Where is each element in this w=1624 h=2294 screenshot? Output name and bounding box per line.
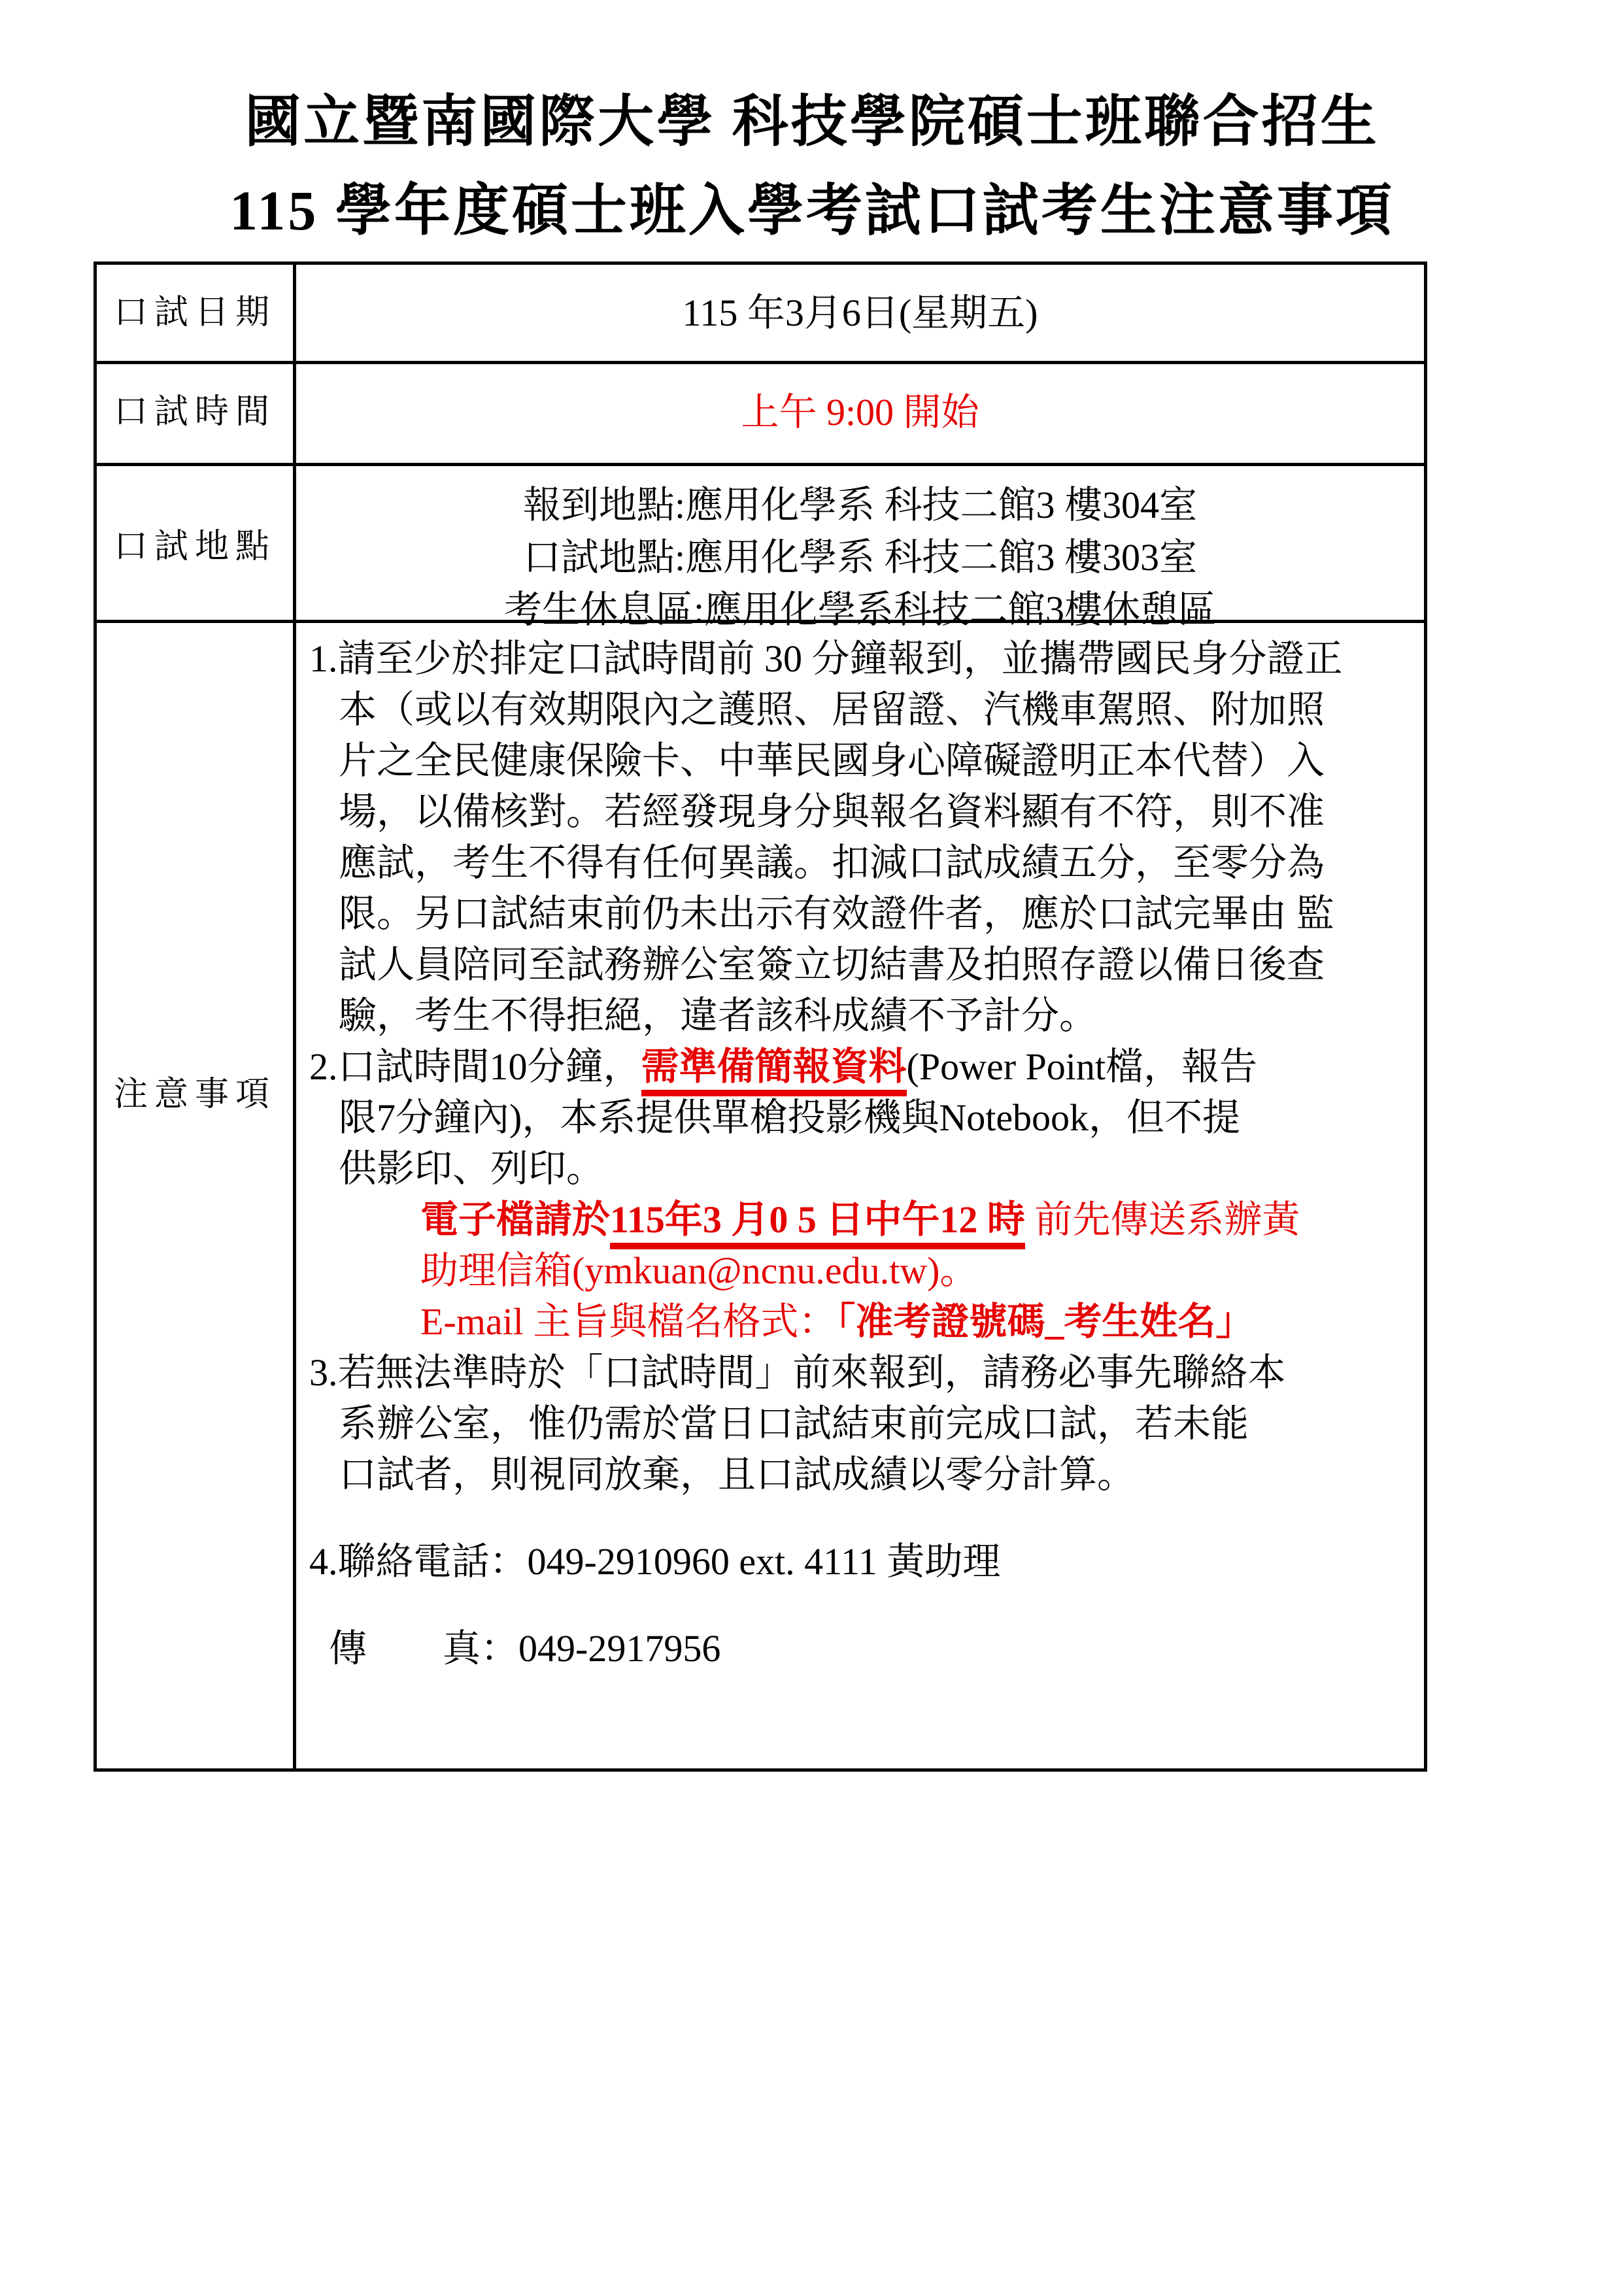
note-line: 片之全民健康保險卡、中華民國身心障礙證明正本代替）入 [309, 735, 1417, 786]
exam-time-label: 口試時間 [97, 364, 296, 463]
note-line: 本（或以有效期限內之護照、居留證、汽機車駕照、附加照 [309, 684, 1417, 735]
note-segment: 口試者，則視同放棄，且口試成績以零分計算。 [339, 1453, 1135, 1496]
title-line-1: 國立暨南國際大學 科技學院碩士班聯合招生 [0, 77, 1624, 166]
interview-location-line: 口試地點:應用化學系 科技二館3 樓303室 [296, 531, 1424, 584]
note-line: 口試者，則視同放棄，且口試成績以零分計算。 [309, 1449, 1417, 1500]
note-segment-red: 前先傳送系辦黃 [1025, 1198, 1300, 1241]
document-page: 國立暨南國際大學 科技學院碩士班聯合招生 115 學年度碩士班入學考試口試考生注… [0, 0, 1624, 2294]
note-segment-rub: 需準備簡報資料 [641, 1045, 907, 1096]
note-line: 系辦公室，惟仍需於當日口試結束前完成口試，若未能 [309, 1398, 1417, 1449]
exam-date-value: 115 年3月6日(星期五) [296, 265, 1424, 361]
note-line: 傳 真：049-2917956 [309, 1623, 1417, 1674]
notes-lines: 1.請至少於排定口試時間前 30 分鐘報到，並攜帶國民身分證正本（或以有效期限內… [296, 623, 1424, 1768]
note-segment: 場，以備核對。若經發現身分與報名資料顯有不符，則不准 [339, 790, 1325, 833]
note-line: 應試，考生不得有任何異議。扣減口試成績五分，至零分為 [309, 837, 1417, 888]
note-line: 3.若無法準時於「口試時間」前來報到，請務必事先聯絡本 [309, 1347, 1417, 1398]
table-row-exam-location: 口試地點 報到地點:應用化學系 科技二館3 樓304室 口試地點:應用化學系 科… [97, 466, 1424, 623]
exam-location-value: 報到地點:應用化學系 科技二館3 樓304室 口試地點:應用化學系 科技二館3 … [296, 466, 1424, 620]
note-line: 驗，考生不得拒絕，違者該科成績不予計分。 [309, 990, 1417, 1041]
note-line: 試人員陪同至試務辦公室簽立切結書及拍照存證以備日後查 [309, 939, 1417, 990]
note-segment: 4.聯絡電話：049-2910960 ext. 4111 黃助理 [309, 1540, 1000, 1583]
note-segment: 1.請至少於排定口試時間前 30 分鐘報到，並攜帶國民身分證正 [309, 637, 1343, 680]
note-segment: 應試，考生不得有任何異議。扣減口試成績五分，至零分為 [339, 841, 1325, 884]
title-line-2: 115 學年度碩士班入學考試口試考生注意事項 [0, 166, 1624, 255]
note-segment: 驗，考生不得拒絕，違者該科成績不予計分。 [339, 994, 1097, 1037]
note-line: 電子檔請於115年3 月0 5 日中午12 時 前先傳送系辦黃 [309, 1194, 1417, 1245]
note-segment-redb: 「准考證號碼_考生姓名」 [836, 1300, 1253, 1343]
note-segment: 限。另口試結束前仍未出示有效證件者，應於口試完畢由 監 [339, 892, 1334, 935]
notes-label: 注意事項 [97, 623, 296, 1768]
note-segment-redb: 電子檔請於 [420, 1198, 610, 1241]
note-segment: 限7分鐘內)，本系提供單槍投影機與Notebook，但不提 [339, 1096, 1240, 1139]
note-line: 4.聯絡電話：049-2910960 ext. 4111 黃助理 [309, 1536, 1417, 1587]
document-title: 國立暨南國際大學 科技學院碩士班聯合招生 115 學年度碩士班入學考試口試考生注… [0, 77, 1624, 255]
note-line: 限7分鐘內)，本系提供單槍投影機與Notebook，但不提 [309, 1092, 1417, 1143]
note-line: 1.請至少於排定口試時間前 30 分鐘報到，並攜帶國民身分證正 [309, 633, 1417, 684]
note-line: 限。另口試結束前仍未出示有效證件者，應於口試完畢由 監 [309, 888, 1417, 939]
note-segment-rub: 115年3 月0 5 日中午12 時 [610, 1198, 1025, 1249]
table-row-notes: 注意事項 1.請至少於排定口試時間前 30 分鐘報到，並攜帶國民身分證正本（或以… [97, 623, 1424, 1768]
note-segment: 系辦公室，惟仍需於當日口試結束前完成口試，若未能 [339, 1402, 1249, 1445]
checkin-location-line: 報到地點:應用化學系 科技二館3 樓304室 [296, 479, 1424, 531]
note-segment-red: E-mail 主旨與檔名格式： [420, 1300, 836, 1343]
note-line: 場，以備核對。若經發現身分與報名資料顯有不符，則不准 [309, 786, 1417, 837]
note-segment: 試人員陪同至試務辦公室簽立切結書及拍照存證以備日後查 [339, 943, 1325, 986]
note-segment: (Power Point檔，報告 [907, 1045, 1258, 1088]
exam-location-label: 口試地點 [97, 466, 296, 620]
notice-table: 口試日期 115 年3月6日(星期五) 口試時間 上午 9:00 開始 口試地點… [93, 261, 1427, 1772]
note-segment: 傳 真：049-2917956 [329, 1627, 720, 1670]
note-line: E-mail 主旨與檔名格式：「准考證號碼_考生姓名」 [309, 1296, 1417, 1347]
note-segment: 本（或以有效期限內之護照、居留證、汽機車駕照、附加照 [339, 688, 1325, 731]
exam-time-value: 上午 9:00 開始 [296, 364, 1424, 463]
note-line: 2.口試時間10分鐘，需準備簡報資料(Power Point檔，報告 [309, 1041, 1417, 1092]
table-row-exam-time: 口試時間 上午 9:00 開始 [97, 364, 1424, 466]
note-line: 助理信箱(ymkuan@ncnu.edu.tw)。 [309, 1245, 1417, 1296]
note-segment: 2.口試時間10分鐘， [309, 1045, 641, 1088]
exam-date-label: 口試日期 [97, 265, 296, 361]
note-segment-red: 助理信箱(ymkuan@ncnu.edu.tw)。 [420, 1249, 977, 1292]
table-row-exam-date: 口試日期 115 年3月6日(星期五) [97, 265, 1424, 364]
note-segment: 片之全民健康保險卡、中華民國身心障礙證明正本代替）入 [339, 739, 1325, 782]
note-segment: 供影印、列印。 [339, 1147, 604, 1190]
note-segment: 3.若無法準時於「口試時間」前來報到，請務必事先聯絡本 [309, 1351, 1286, 1394]
note-line: 供影印、列印。 [309, 1143, 1417, 1194]
